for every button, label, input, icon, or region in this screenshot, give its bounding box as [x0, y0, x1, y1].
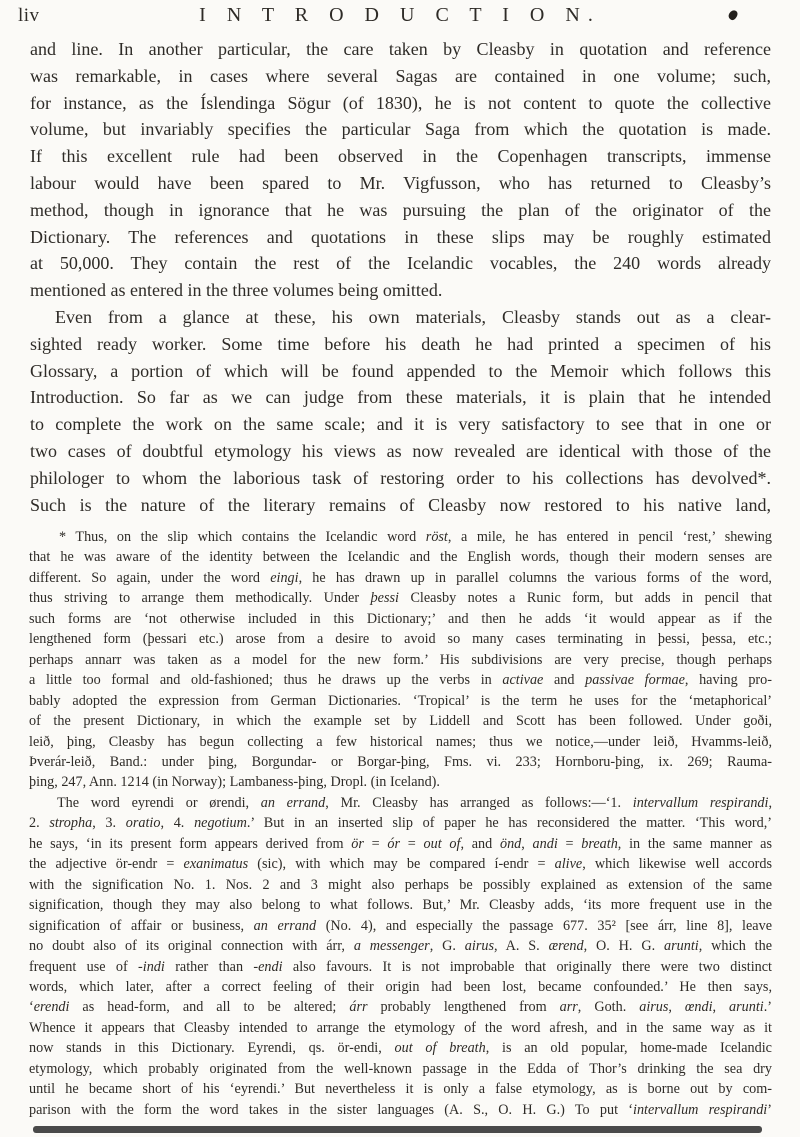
- text-line: and line. In another particular, the car…: [30, 36, 771, 63]
- text-line: Whence it appears that Cleasby intended …: [29, 1018, 772, 1038]
- text-line: Þverár-leið, Band.: under þing, Borgunda…: [29, 752, 772, 772]
- text-line: words, which later, after a correct feel…: [29, 977, 772, 997]
- text-line: Glossary, a portion of which will be fou…: [30, 358, 771, 385]
- text-line: The word eyrendi or ørendi, an errand, M…: [29, 793, 772, 813]
- text-line: philologer to whom the laborious task of…: [30, 465, 771, 492]
- text-line: Introduction. So far as we can judge fro…: [30, 384, 771, 411]
- main-text-block: and line. In another particular, the car…: [30, 36, 771, 518]
- text-line: frequent use of -indi rather than -endi …: [29, 957, 772, 977]
- text-line: Dictionary. The references and quotation…: [30, 224, 771, 251]
- footnote-paragraph: * Thus, on the slip which contains the I…: [29, 527, 772, 793]
- text-line: no doubt also of its original connection…: [29, 936, 772, 956]
- book-page: liv I N T R O D U C T I O N. and line. I…: [0, 0, 800, 1137]
- text-line: signification of affair or business, an …: [29, 916, 772, 936]
- text-line: until he became short of his ‘eyrendi.’ …: [29, 1079, 772, 1099]
- text-line: perhaps annarr was taken as a model for …: [29, 650, 772, 670]
- text-line: that he was aware of the identity betwee…: [29, 547, 772, 567]
- main-paragraph: and line. In another particular, the car…: [30, 36, 771, 304]
- text-line: with the signification No. 1. Nos. 2 and…: [29, 875, 772, 895]
- text-line: different. So again, under the word eing…: [29, 568, 772, 588]
- text-line: mentioned as entered in the three volume…: [30, 277, 771, 304]
- text-line: of the present Dictionary, in which the …: [29, 711, 772, 731]
- text-line: he says, ‘in its present form appears de…: [29, 834, 772, 854]
- text-line: volume, but invariably specifies the par…: [30, 116, 771, 143]
- scan-edge-band: [33, 1126, 762, 1133]
- text-line: sighted ready worker. Some time before h…: [30, 331, 771, 358]
- text-line: now stands in this Dictionary. Eyrendi, …: [29, 1038, 772, 1058]
- text-line: such forms are ‘not otherwise included i…: [29, 609, 772, 629]
- text-line: bably adopted the expression from German…: [29, 691, 772, 711]
- text-line: parison with the form the word takes in …: [29, 1100, 772, 1120]
- text-line: signification, though they may also belo…: [29, 895, 772, 915]
- text-line: the adjective ör-endr = exanimatus (sic)…: [29, 854, 772, 874]
- footnote-paragraph: The word eyrendi or ørendi, an errand, M…: [29, 793, 772, 1120]
- main-paragraph: Even from a glance at these, his own mat…: [30, 304, 771, 518]
- text-line: method, though in ignorance that he was …: [30, 197, 771, 224]
- text-line: was remarkable, in cases where several S…: [30, 63, 771, 90]
- footnote-block: * Thus, on the slip which contains the I…: [29, 527, 772, 1120]
- text-line: a little too formal and old-fashioned; t…: [29, 670, 772, 690]
- text-line: * Thus, on the slip which contains the I…: [29, 527, 772, 547]
- text-line: lengthened form (þessari etc.) arose fro…: [29, 629, 772, 649]
- text-line: two cases of doubtful etymology his view…: [30, 438, 771, 465]
- text-line: etymology, which probably originated fro…: [29, 1059, 772, 1079]
- text-line: Even from a glance at these, his own mat…: [30, 304, 771, 331]
- text-line: ‘erendi as head-form, and all to be alte…: [29, 997, 772, 1017]
- text-line: labour would have been spared to Mr. Vig…: [30, 170, 771, 197]
- text-line: 2. stropha, 3. oratio, 4. negotium.’ But…: [29, 813, 772, 833]
- text-line: thus striving to arrange them methodical…: [29, 588, 772, 608]
- text-line: at 50,000. They contain the rest of the …: [30, 250, 771, 277]
- text-line: to complete the work on the same scale; …: [30, 411, 771, 438]
- text-line: þing, 247, Ann. 1214 (in Norway); Lamban…: [29, 772, 772, 792]
- running-header-title: I N T R O D U C T I O N.: [0, 4, 800, 27]
- text-line: If this excellent rule had been observed…: [30, 143, 771, 170]
- text-line: leið, þing, Cleasby has begun collecting…: [29, 732, 772, 752]
- text-line: for instance, as the Íslendinga Sögur (o…: [30, 90, 771, 117]
- text-line: Such is the nature of the literary remai…: [30, 492, 771, 519]
